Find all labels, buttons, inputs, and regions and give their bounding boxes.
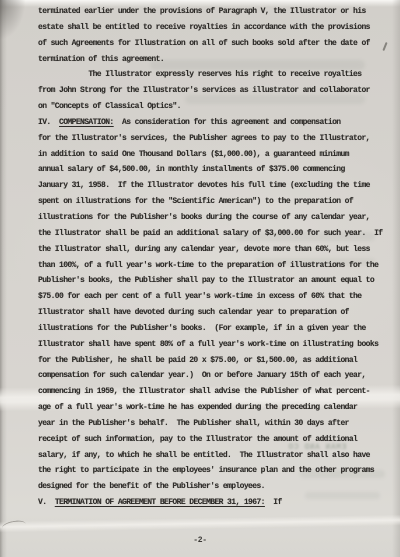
line-text: annual salary of $4,500.00, in monthly i… — [38, 165, 345, 174]
line-text: illustrations for the Publisher's books … — [38, 213, 370, 222]
line-text: for the Illustrator's services, the Publ… — [38, 134, 370, 143]
line-text: designed for the benefit of the Publishe… — [38, 482, 265, 491]
line-text: year in the Publisher's behalf. The Publ… — [38, 419, 349, 428]
line-text: If — [265, 498, 282, 507]
line-text: spent on illustrations for the "Scientif… — [38, 197, 353, 206]
line-text: in addition to said One Thousand Dollars… — [38, 150, 349, 159]
line-text: the Illustrator shall be paid an additio… — [38, 229, 382, 238]
paper-corner-shadow — [0, 0, 26, 40]
document-line: commencing in 1959, the Illustrator shal… — [38, 384, 394, 400]
document-line: V. TERMINATION OF AGREEMENT BEFORE DECEM… — [38, 495, 394, 511]
document-line: The Illustrator expressly reserves his r… — [38, 67, 394, 83]
scanned-contract-page: EMAN AND CO terminated earlier under the… — [0, 0, 400, 557]
line-text: the Illustrator shall, during any calend… — [38, 245, 370, 254]
paper-left-edge-shadow — [0, 0, 7, 557]
document-line: $75.00 for each per cent of a full year'… — [38, 289, 394, 305]
document-line: termination of this agreement. — [38, 52, 394, 68]
line-text: age of a full year's work-time he has ex… — [38, 403, 357, 412]
line-text: than 100%, of a full year's work-time to… — [38, 261, 378, 270]
line-text: termination of this agreement. — [38, 55, 164, 64]
line-text: commencing in 1959, the Illustrator shal… — [38, 387, 370, 396]
line-text: salary, if any, to which he shall be ent… — [38, 451, 370, 460]
line-text: receipt of such information, pay to the … — [38, 435, 357, 444]
document-line: illustrations for the Publisher's books … — [38, 210, 394, 226]
line-text: estate shall be entitled to receive roya… — [38, 23, 370, 32]
line-text: from John Strong for the Illustrator's s… — [38, 86, 370, 95]
line-text: Illustrator shall have devoted during su… — [38, 308, 349, 317]
line-text: $75.00 for each per cent of a full year'… — [38, 292, 361, 301]
document-line: January 31, 1958. If the Illustrator dev… — [38, 178, 394, 194]
underlined-heading: TERMINATION OF AGREEMENT BEFORE DECEMBER… — [55, 498, 265, 507]
line-text: As consideration for this agreement and … — [114, 118, 341, 127]
line-text: on "Concepts of Classical Optics". — [38, 102, 181, 111]
line-text: January 31, 1958. If the Illustrator dev… — [38, 181, 370, 190]
document-line: terminated earlier under the provisions … — [38, 4, 394, 20]
document-line: the right to participate in the employee… — [38, 463, 394, 479]
document-line: of such Agreements for Illustration on a… — [38, 36, 394, 52]
document-line: spent on illustrations for the "Scientif… — [38, 194, 394, 210]
line-text: V. — [38, 498, 55, 507]
line-text: The Illustrator expressly reserves his r… — [38, 70, 361, 79]
document-line: year in the Publisher's behalf. The Publ… — [38, 416, 394, 432]
document-line: Illustrator shall have spent 80% of a fu… — [38, 337, 394, 353]
line-text: illustrations for the Publisher's books.… — [38, 324, 366, 333]
document-line: designed for the benefit of the Publishe… — [38, 479, 394, 495]
document-line: salary, if any, to which he shall be ent… — [38, 448, 394, 464]
line-text: of such Agreements for Illustration on a… — [38, 39, 370, 48]
document-line: from John Strong for the Illustrator's s… — [38, 83, 394, 99]
typewritten-text: terminated earlier under the provisions … — [38, 4, 394, 511]
document-line: than 100%, of a full year's work-time to… — [38, 258, 394, 274]
document-line: illustrations for the Publisher's books.… — [38, 321, 394, 337]
document-line: estate shall be entitled to receive roya… — [38, 20, 394, 36]
underlined-heading: COMPENSATION: — [59, 118, 114, 127]
document-line: age of a full year's work-time he has ex… — [38, 400, 394, 416]
line-text: the right to participate in the employee… — [38, 466, 374, 475]
document-line: IV. COMPENSATION: As consideration for t… — [38, 115, 394, 131]
line-text: Illustrator shall have spent 80% of a fu… — [38, 340, 378, 349]
fold-crease-bottom — [0, 515, 400, 533]
document-line: Illustrator shall have devoted during su… — [38, 305, 394, 321]
document-line: in addition to said One Thousand Dollars… — [38, 147, 394, 163]
document-line: on "Concepts of Classical Optics". — [38, 99, 394, 115]
document-line: the Illustrator shall be paid an additio… — [38, 226, 394, 242]
document-line: Publisher's books, the Publisher shall p… — [38, 273, 394, 289]
page-number: -2- — [0, 536, 400, 545]
document-line: for the Illustrator's services, the Publ… — [38, 131, 394, 147]
document-line: for the Publisher, he shall be paid 20 x… — [38, 353, 394, 369]
document-line: receipt of such information, pay to the … — [38, 432, 394, 448]
line-text: for the Publisher, he shall be paid 20 x… — [38, 356, 357, 365]
line-text: terminated earlier under the provisions … — [38, 7, 366, 16]
document-line: compensation for such calendar year.) On… — [38, 368, 394, 384]
document-line: the Illustrator shall, during any calend… — [38, 242, 394, 258]
line-text: compensation for such calendar year.) On… — [38, 371, 366, 380]
document-line: annual salary of $4,500.00, in monthly i… — [38, 162, 394, 178]
line-text: Publisher's books, the Publisher shall p… — [38, 276, 374, 285]
line-text: IV. — [38, 118, 59, 127]
